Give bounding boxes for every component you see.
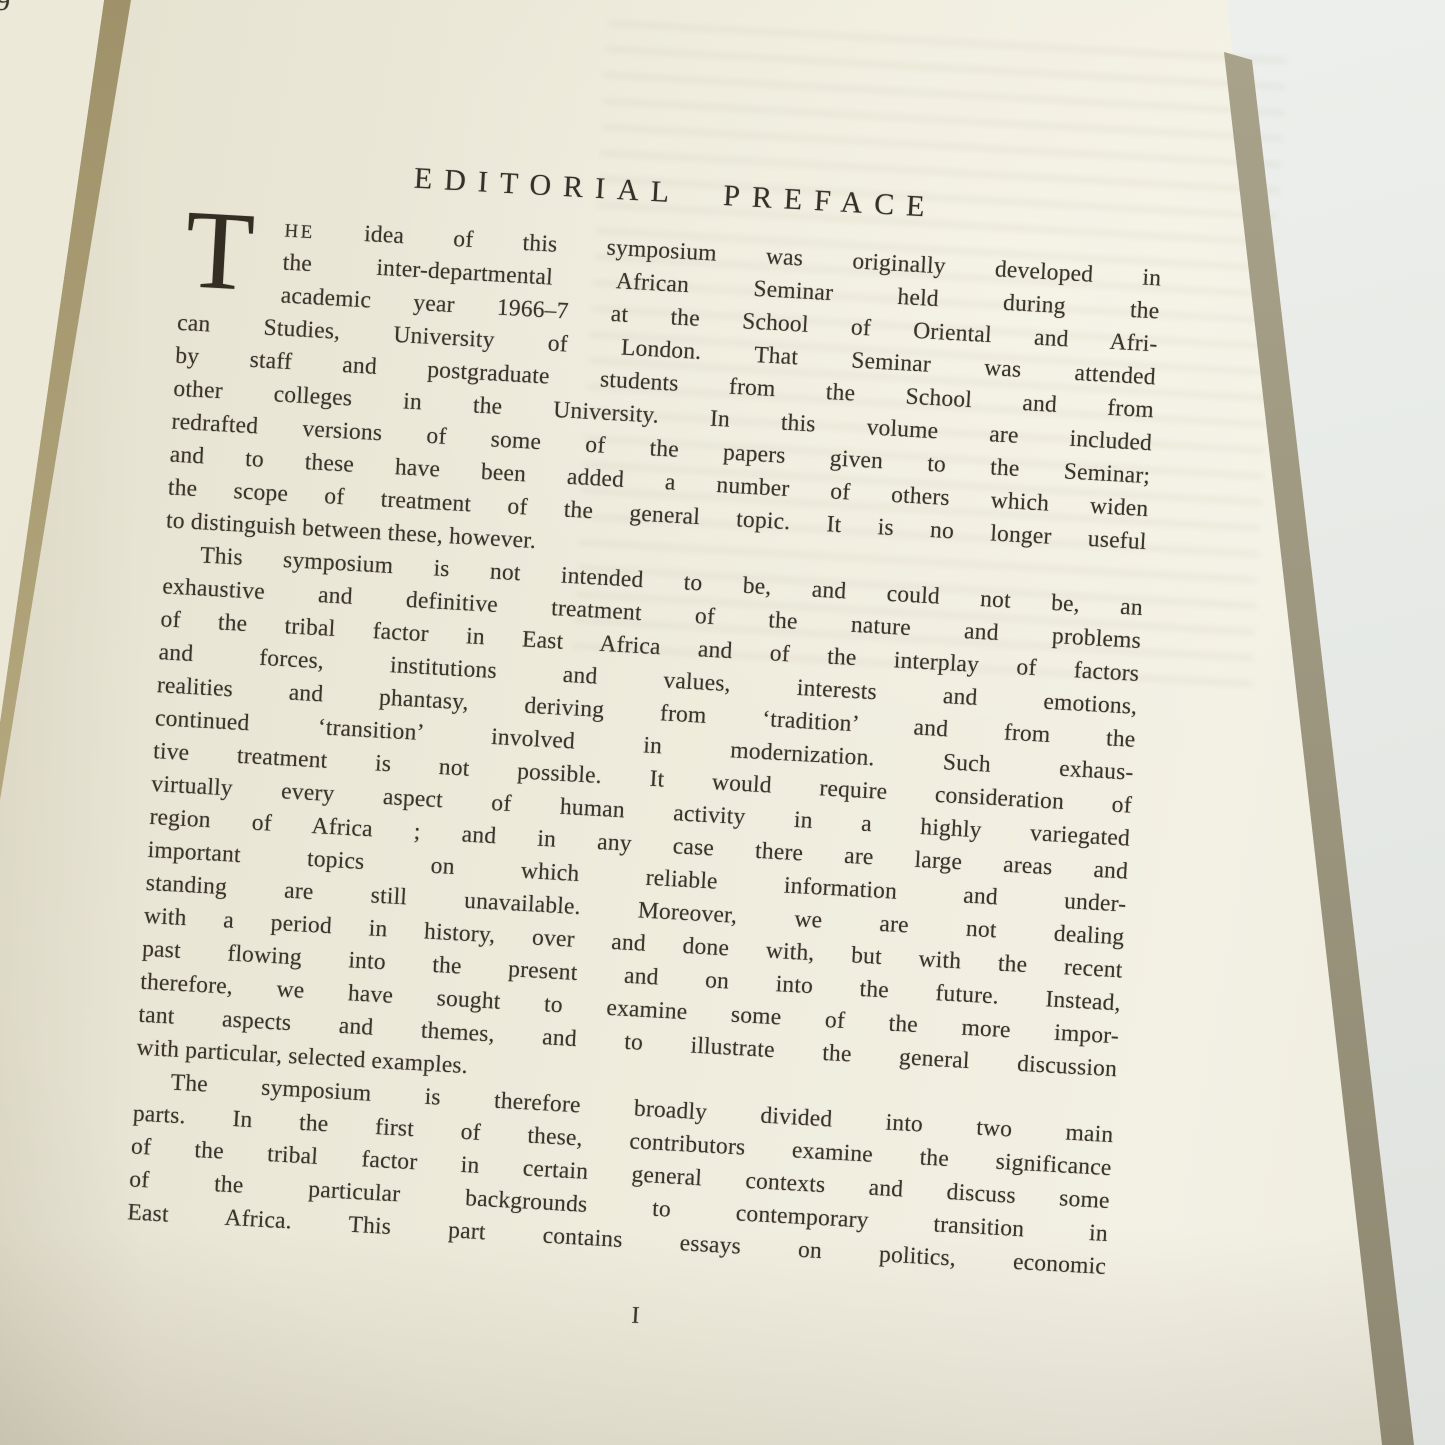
book-photo: 9 EDITORIAL PREFACE T HE idea of this sy… [0, 0, 1445, 1445]
small-caps-lead: HE [284, 221, 315, 244]
paragraph-2: This symposium is not intended to be, an… [136, 537, 1144, 1119]
page-content: EDITORIAL PREFACE T HE idea of this symp… [122, 130, 1166, 1359]
facing-page-number: 9 [0, 0, 11, 18]
drop-cap: T [182, 193, 257, 309]
paragraph-1: T HE idea of this symposium was original… [165, 208, 1162, 592]
